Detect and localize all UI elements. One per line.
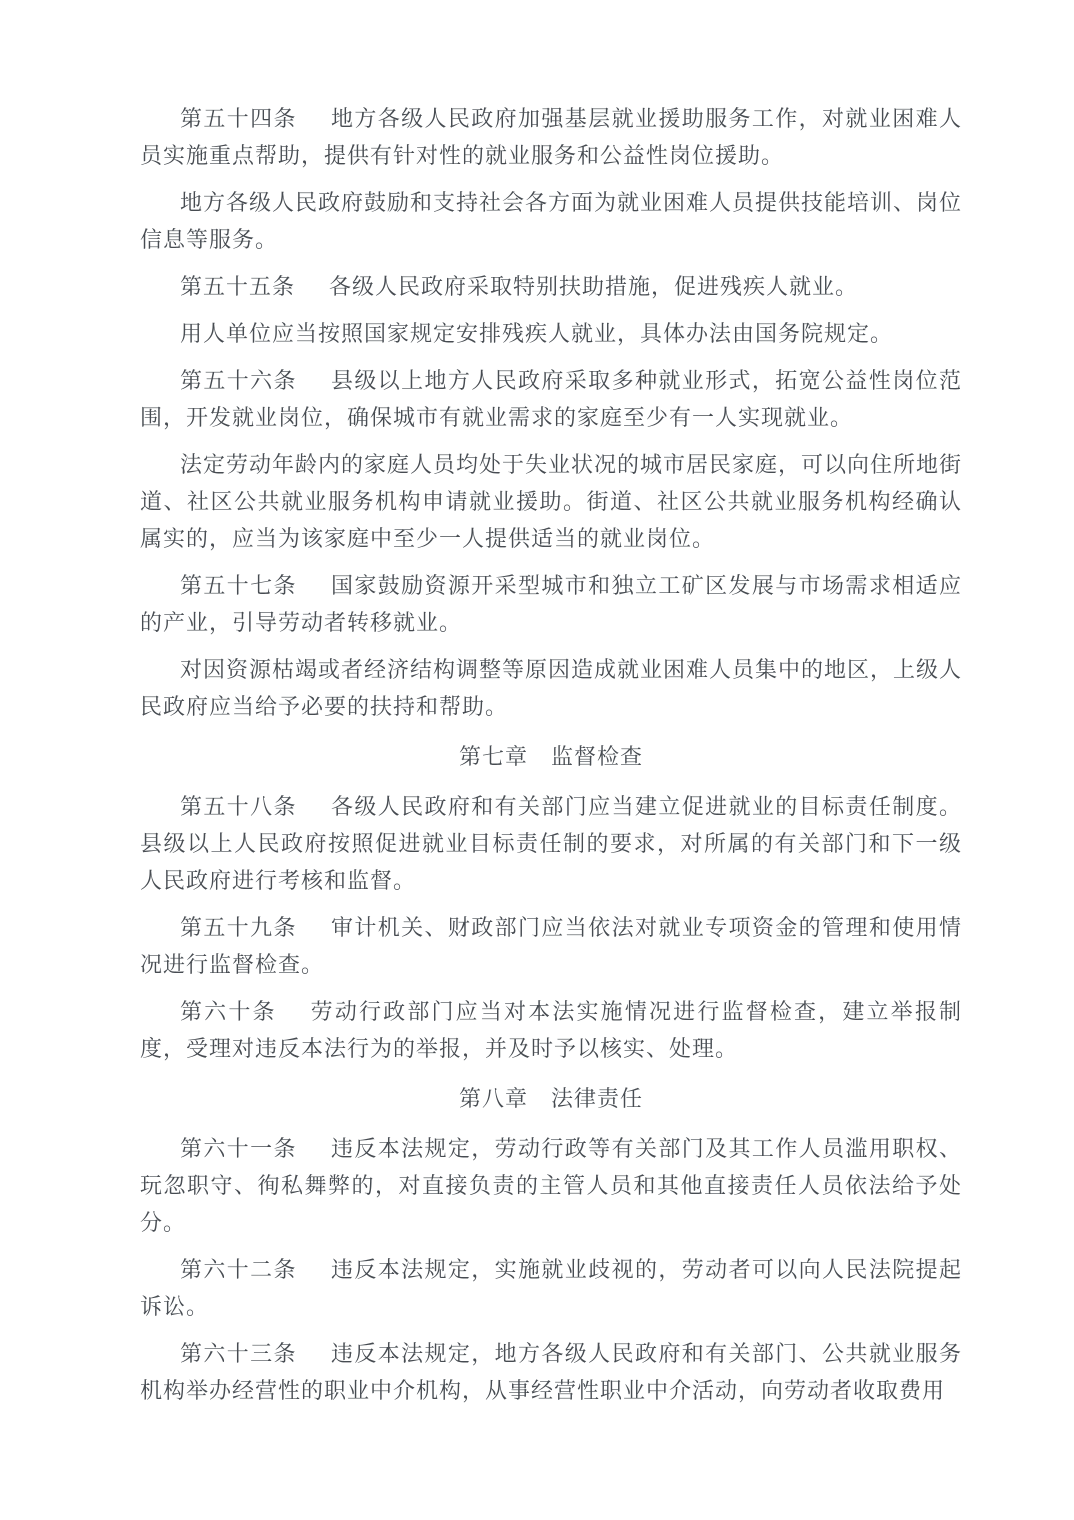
article-number: 第六十条 xyxy=(180,999,277,1024)
article-number: 第五十九条 xyxy=(180,915,297,940)
article-paragraph: 第五十七条国家鼓励资源开采型城市和独立工矿区发展与市场需求相适应的产业，引导劳动… xyxy=(140,567,962,641)
article-paragraph: 第五十四条地方各级人民政府加强基层就业援助服务工作，对就业困难人员实施重点帮助，… xyxy=(140,100,962,174)
article-paragraph: 第六十二条违反本法规定，实施就业歧视的，劳动者可以向人民法院提起诉讼。 xyxy=(140,1251,962,1325)
chapter-title-text: 第八章 法律责任 xyxy=(459,1086,643,1111)
article-paragraph: 第六十条劳动行政部门应当对本法实施情况进行监督检查，建立举报制度，受理对违反本法… xyxy=(140,993,962,1067)
article-paragraph: 第五十六条县级以上地方人民政府采取多种就业形式，拓宽公益性岗位范围，开发就业岗位… xyxy=(140,362,962,436)
article-number: 第五十六条 xyxy=(180,368,297,393)
article-paragraph: 第五十八条各级人民政府和有关部门应当建立促进就业的目标责任制度。县级以上人民政府… xyxy=(140,788,962,899)
article-number: 第五十七条 xyxy=(180,573,297,598)
article-number: 第六十一条 xyxy=(180,1136,297,1161)
chapter-title-text: 第七章 监督检查 xyxy=(459,744,643,769)
chapter-heading: 第八章 法律责任 xyxy=(140,1080,962,1117)
article-number: 第五十八条 xyxy=(180,794,297,819)
article-number: 第五十五条 xyxy=(180,274,295,299)
paragraph-text: 地方各级人民政府鼓励和支持社会各方面为就业困难人员提供技能培训、岗位信息等服务。 xyxy=(140,190,962,252)
article-number: 第五十四条 xyxy=(180,106,297,131)
body-paragraph: 对因资源枯竭或者经济结构调整等原因造成就业困难人员集中的地区，上级人民政府应当给… xyxy=(140,651,962,725)
paragraph-text: 各级人民政府采取特别扶助措施，促进残疾人就业。 xyxy=(329,274,858,299)
document-page: 第五十四条地方各级人民政府加强基层就业援助服务工作，对就业困难人员实施重点帮助，… xyxy=(0,0,1074,1520)
article-paragraph: 第六十三条违反本法规定，地方各级人民政府和有关部门、公共就业服务机构举办经营性的… xyxy=(140,1335,962,1409)
document-content: 第五十四条地方各级人民政府加强基层就业援助服务工作，对就业困难人员实施重点帮助，… xyxy=(140,100,962,1409)
article-paragraph: 第五十九条审计机关、财政部门应当依法对就业专项资金的管理和使用情况进行监督检查。 xyxy=(140,909,962,983)
article-paragraph: 第六十一条违反本法规定，劳动行政等有关部门及其工作人员滥用职权、玩忽职守、徇私舞… xyxy=(140,1130,962,1241)
body-paragraph: 法定劳动年龄内的家庭人员均处于失业状况的城市居民家庭，可以向住所地街道、社区公共… xyxy=(140,446,962,557)
chapter-heading: 第七章 监督检查 xyxy=(140,738,962,775)
paragraph-text: 法定劳动年龄内的家庭人员均处于失业状况的城市居民家庭，可以向住所地街道、社区公共… xyxy=(140,452,962,551)
paragraph-text: 对因资源枯竭或者经济结构调整等原因造成就业困难人员集中的地区，上级人民政府应当给… xyxy=(140,657,962,719)
body-paragraph: 用人单位应当按照国家规定安排残疾人就业，具体办法由国务院规定。 xyxy=(140,315,962,352)
paragraph-text: 用人单位应当按照国家规定安排残疾人就业，具体办法由国务院规定。 xyxy=(180,321,893,346)
body-paragraph: 地方各级人民政府鼓励和支持社会各方面为就业困难人员提供技能培训、岗位信息等服务。 xyxy=(140,184,962,258)
article-paragraph: 第五十五条各级人民政府采取特别扶助措施，促进残疾人就业。 xyxy=(140,268,962,305)
article-number: 第六十二条 xyxy=(180,1257,297,1282)
article-number: 第六十三条 xyxy=(180,1341,297,1366)
